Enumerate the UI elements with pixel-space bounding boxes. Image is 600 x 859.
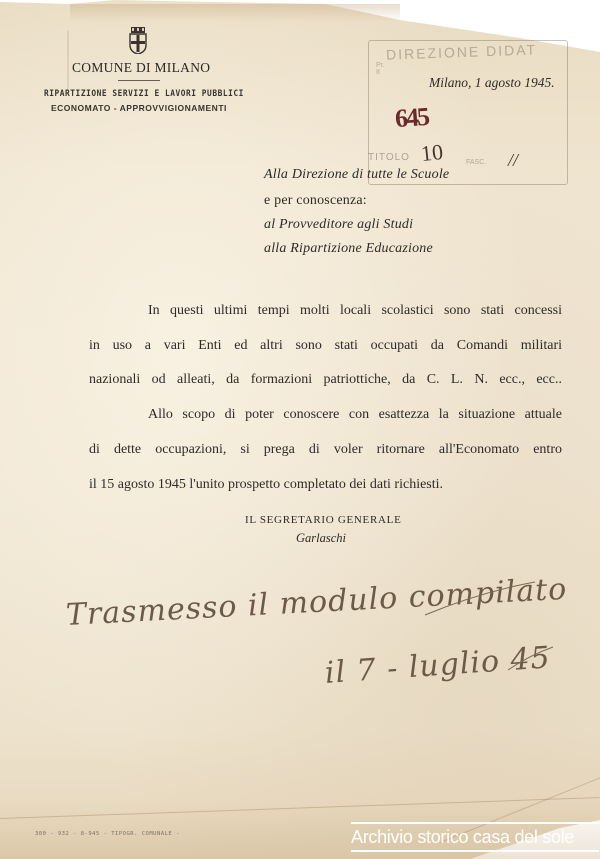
watermark-rule-bottom: [351, 850, 599, 852]
stamp-fascicolo-label: FASC.: [466, 159, 486, 166]
recipient-line: alla Ripartizione Educazione: [264, 241, 433, 257]
body-text-line: In questi ultimi tempi molti locali scol…: [148, 303, 562, 319]
letterhead-title: COMUNE DI MILANO: [72, 60, 210, 76]
recipient-line: Alla Direzione di tutte le Scuole: [264, 167, 449, 183]
body-text-line: in uso a vari Enti ed altri sono stati o…: [89, 338, 562, 354]
archive-watermark: Archivio storico casa del sole: [351, 822, 599, 852]
stamp-mark: //: [508, 150, 518, 171]
recipient-line: e per conoscenza:: [264, 193, 367, 209]
letterhead-office: ECONOMATO - APPROVVIGIONAMENTI: [51, 103, 227, 113]
paper-crease: [68, 31, 69, 91]
body-text-line: il 15 agosto 1945 l'unito prospetto comp…: [89, 477, 562, 493]
milan-coat-of-arms-icon: [129, 27, 147, 54]
stamp-handwritten-number: 10: [420, 139, 445, 167]
stamp-protocol-number: 645: [394, 102, 429, 134]
signatory-name: Garlaschi: [296, 531, 346, 546]
body-text-line: nazionali od alleati, da formazioni patr…: [89, 372, 562, 388]
signatory-title: IL SEGRETARIO GENERALE: [245, 514, 401, 526]
paper-fold-shadow-top: [70, 4, 400, 22]
handwritten-flourish: [420, 580, 540, 620]
body-text-line: di dette occupazioni, si prega di voler …: [89, 442, 562, 458]
letterhead-divider: [118, 80, 160, 81]
stamp-titolo-label: TITOLO: [368, 152, 410, 163]
stamp-small-text: Pr.It: [376, 62, 385, 76]
recipient-line: al Provveditore agli Studi: [264, 217, 413, 233]
document-date: Milano, 1 agosto 1945.: [429, 75, 555, 91]
body-text-line: Allo scopo di poter conoscere con esatte…: [148, 407, 562, 423]
letterhead-department: RIPARTIZIONE SERVIZI E LAVORI PUBBLICI: [44, 89, 244, 99]
watermark-text: Archivio storico casa del sole: [351, 824, 599, 850]
handwritten-flourish: [505, 645, 555, 675]
printer-mark: 300 - 932 - 8-945 - TIPOGR. COMUNALE -: [35, 831, 180, 837]
